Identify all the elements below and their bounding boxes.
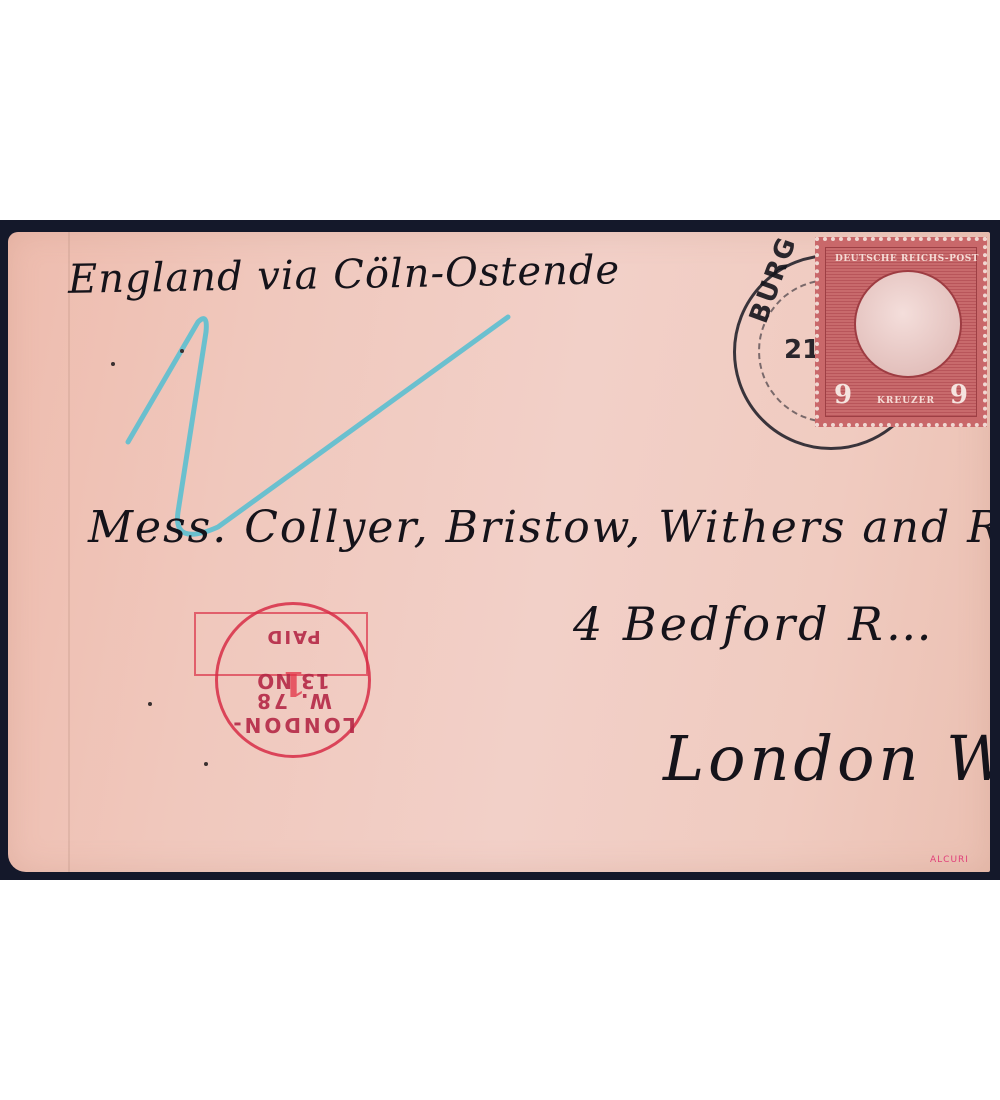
stamp-currency: KREUZER <box>856 396 956 406</box>
envelope-cover: England via Cöln-Ostende Mess. Collyer, … <box>8 232 990 872</box>
city-line: London W… <box>663 722 990 795</box>
stamp-frame: DEUTSCHE REICHS-POST 9 KREUZER 9 <box>825 247 977 417</box>
stamp-value-right: 9 <box>950 380 968 410</box>
route-instruction: England via Cöln-Ostende <box>68 247 621 303</box>
pin-hole <box>180 349 184 353</box>
stamp-top-inscription: DEUTSCHE REICHS-POST <box>834 254 980 264</box>
pin-hole <box>111 362 115 366</box>
postmark-paid: PAID <box>218 626 368 647</box>
postage-stamp: DEUTSCHE REICHS-POST 9 KREUZER 9 <box>815 237 987 427</box>
watermark: ALCURI <box>930 855 969 865</box>
postmark-office: LONDON-W. 78 <box>218 689 368 737</box>
eagle-emblem-icon <box>854 270 962 378</box>
pin-hole <box>204 762 208 766</box>
envelope-fold <box>68 232 70 872</box>
london-paid-postmark: PAID 13 NO 1 LONDON-W. 78 <box>215 602 371 758</box>
stamp-value-left: 9 <box>834 380 852 410</box>
addressee-line: Mess. Collyer, Bristow, Withers and Ra… <box>88 502 990 553</box>
pin-hole <box>148 702 152 706</box>
street-line: 4 Bedford R… <box>573 597 935 651</box>
